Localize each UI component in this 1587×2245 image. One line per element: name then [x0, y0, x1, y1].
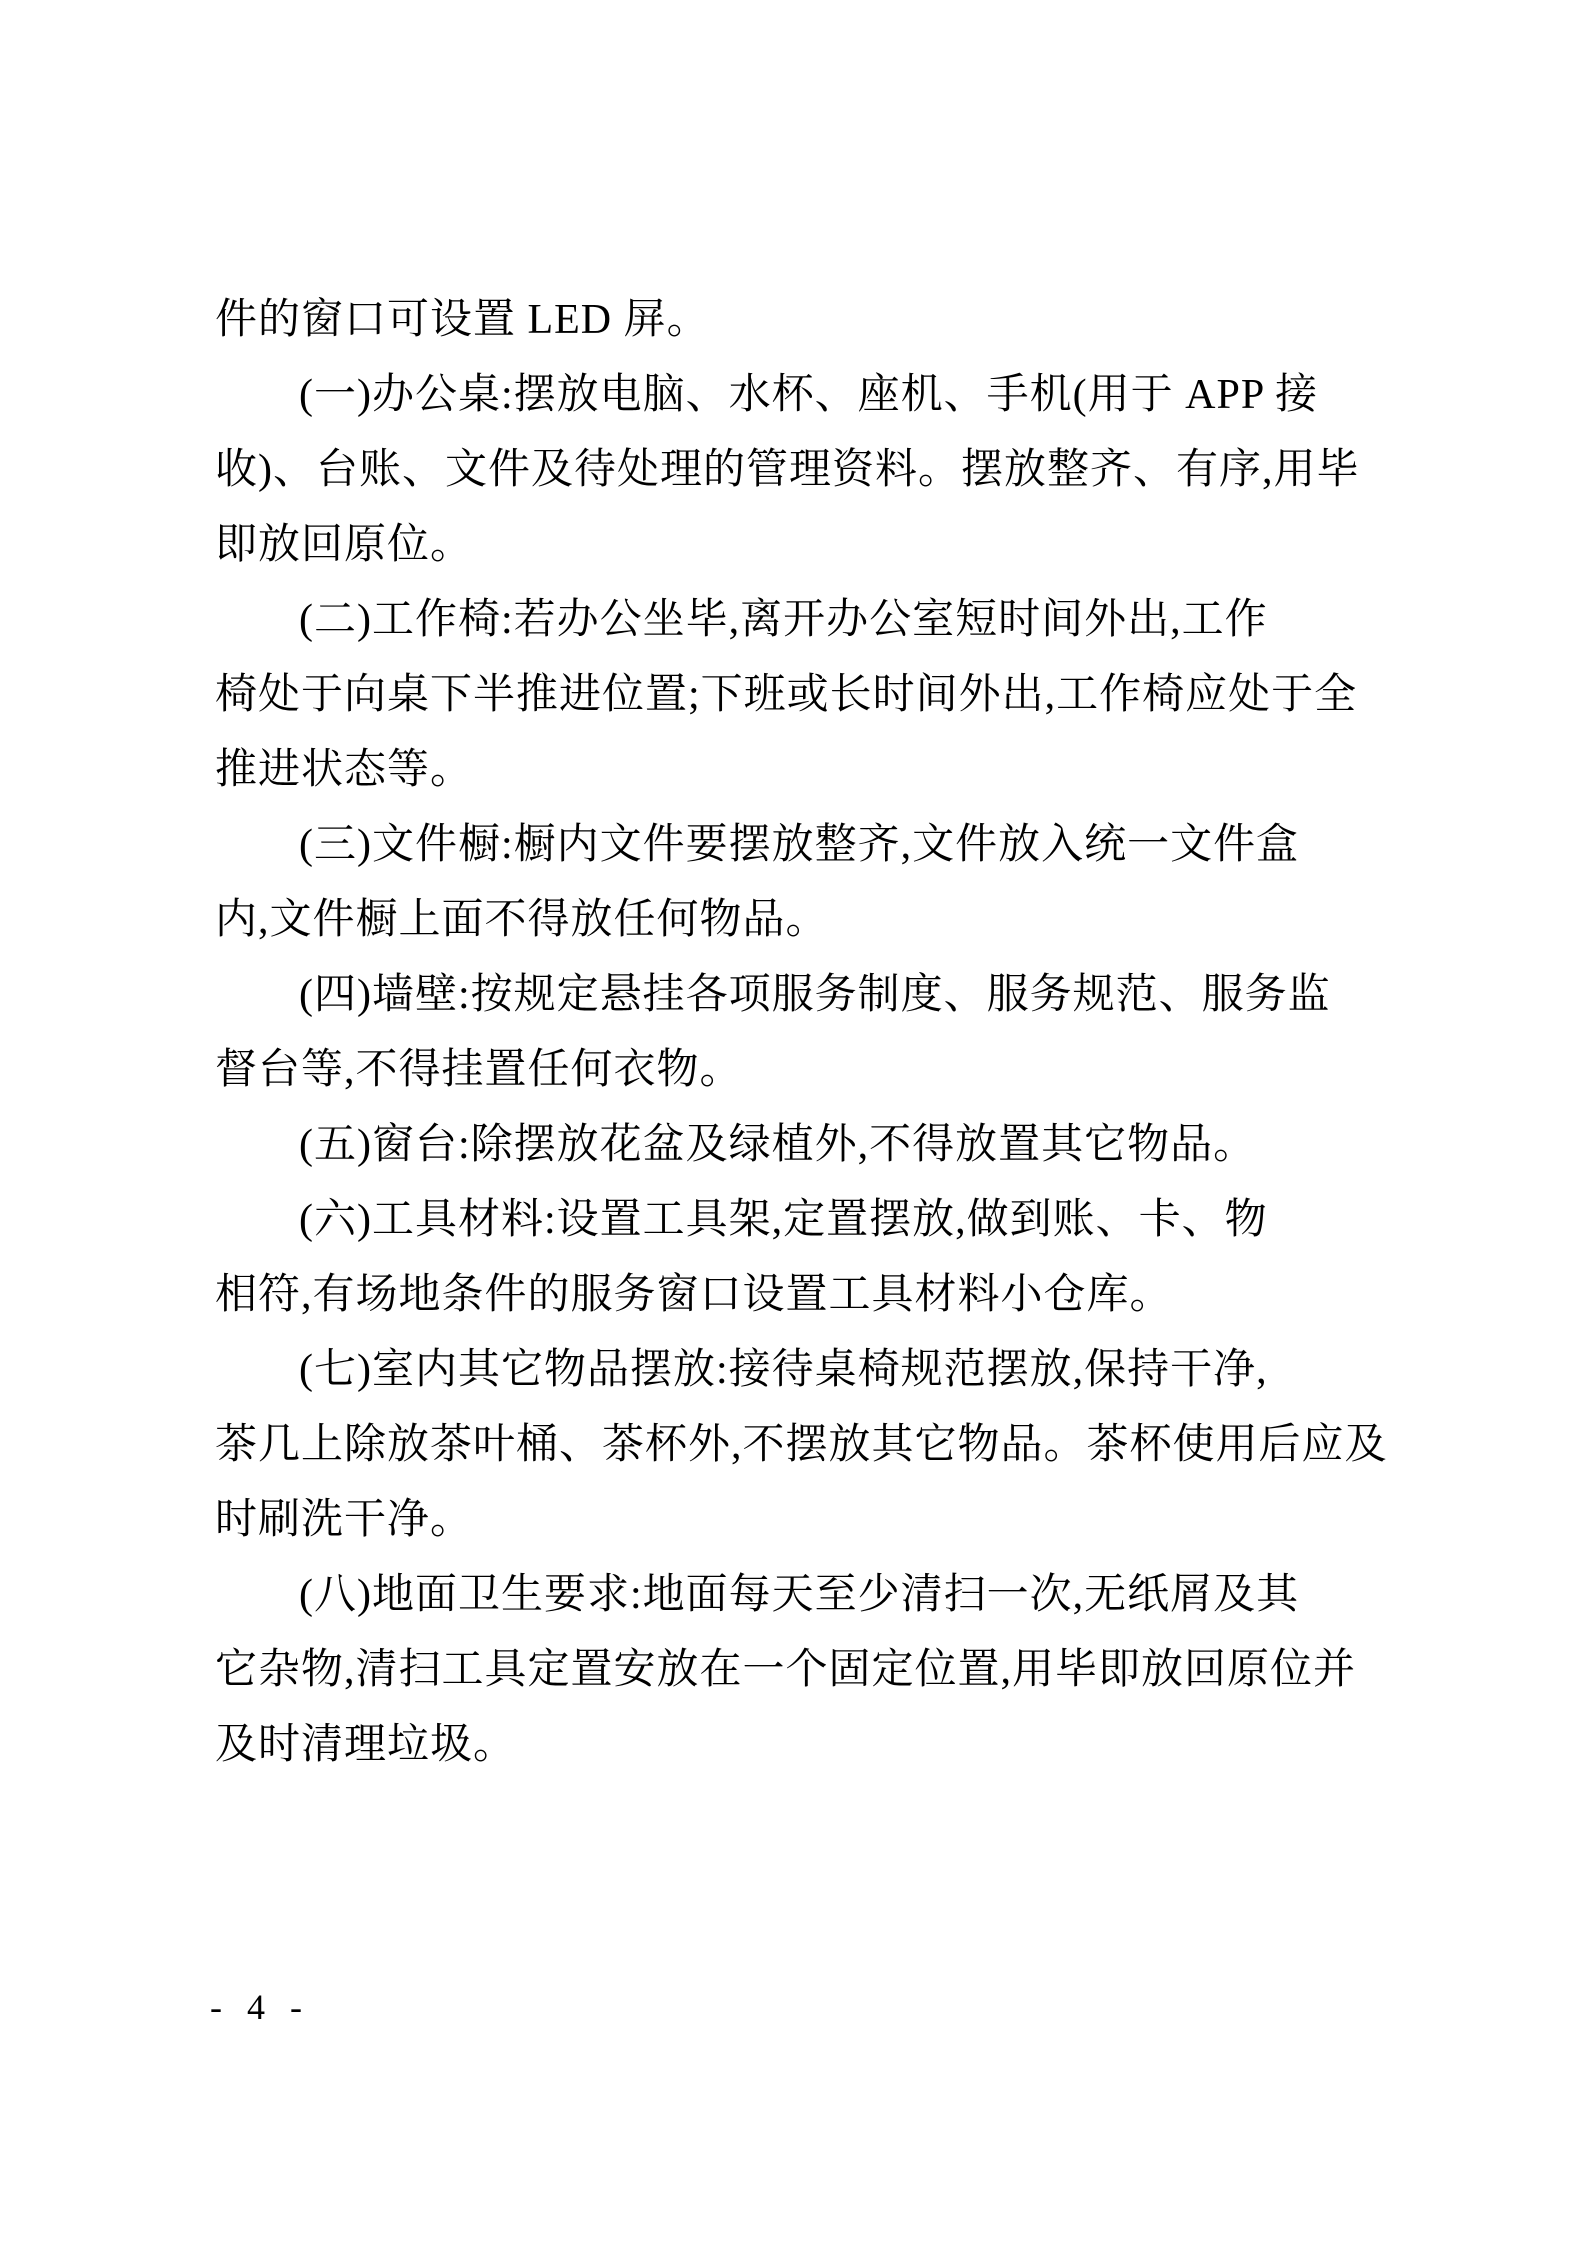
text-line: 及时清理垃圾。 — [215, 1708, 1405, 1783]
text-line: (一)办公桌:摆放电脑、水杯、座机、手机(用于 APP 接 — [215, 358, 1405, 433]
text-line: 时刷洗干净。 — [215, 1483, 1405, 1558]
text-line: (六)工具材料:设置工具架,定置摆放,做到账、卡、物 — [215, 1183, 1405, 1258]
text-line: 相符,有场地条件的服务窗口设置工具材料小仓库。 — [215, 1258, 1405, 1333]
text-line: 椅处于向桌下半推进位置;下班或长时间外出,工作椅应处于全 — [215, 658, 1405, 733]
text-line: (五)窗台:除摆放花盆及绿植外,不得放置其它物品。 — [215, 1108, 1405, 1183]
text-line: 件的窗口可设置 LED 屏。 — [215, 283, 1405, 358]
text-line: 即放回原位。 — [215, 508, 1405, 583]
document-text-block: 件的窗口可设置 LED 屏。(一)办公桌:摆放电脑、水杯、座机、手机(用于 AP… — [215, 283, 1405, 1783]
text-line: (七)室内其它物品摆放:接待桌椅规范摆放,保持干净, — [215, 1333, 1405, 1408]
text-line: (八)地面卫生要求:地面每天至少清扫一次,无纸屑及其 — [215, 1558, 1405, 1633]
text-line: 推进状态等。 — [215, 733, 1405, 808]
text-line: (三)文件橱:橱内文件要摆放整齐,文件放入统一文件盒 — [215, 808, 1405, 883]
text-line: 收)、台账、文件及待处理的管理资料。摆放整齐、有序,用毕 — [215, 433, 1405, 508]
document-page: 件的窗口可设置 LED 屏。(一)办公桌:摆放电脑、水杯、座机、手机(用于 AP… — [0, 0, 1587, 2245]
text-line: 它杂物,清扫工具定置安放在一个固定位置,用毕即放回原位并 — [215, 1633, 1405, 1708]
text-line: (四)墙壁:按规定悬挂各项服务制度、服务规范、服务监 — [215, 958, 1405, 1033]
text-line: 茶几上除放茶叶桶、茶杯外,不摆放其它物品。茶杯使用后应及 — [215, 1408, 1405, 1483]
page-number: - 4 - — [210, 1986, 310, 2028]
text-line: 督台等,不得挂置任何衣物。 — [215, 1033, 1405, 1108]
text-line: (二)工作椅:若办公坐毕,离开办公室短时间外出,工作 — [215, 583, 1405, 658]
text-line: 内,文件橱上面不得放任何物品。 — [215, 883, 1405, 958]
